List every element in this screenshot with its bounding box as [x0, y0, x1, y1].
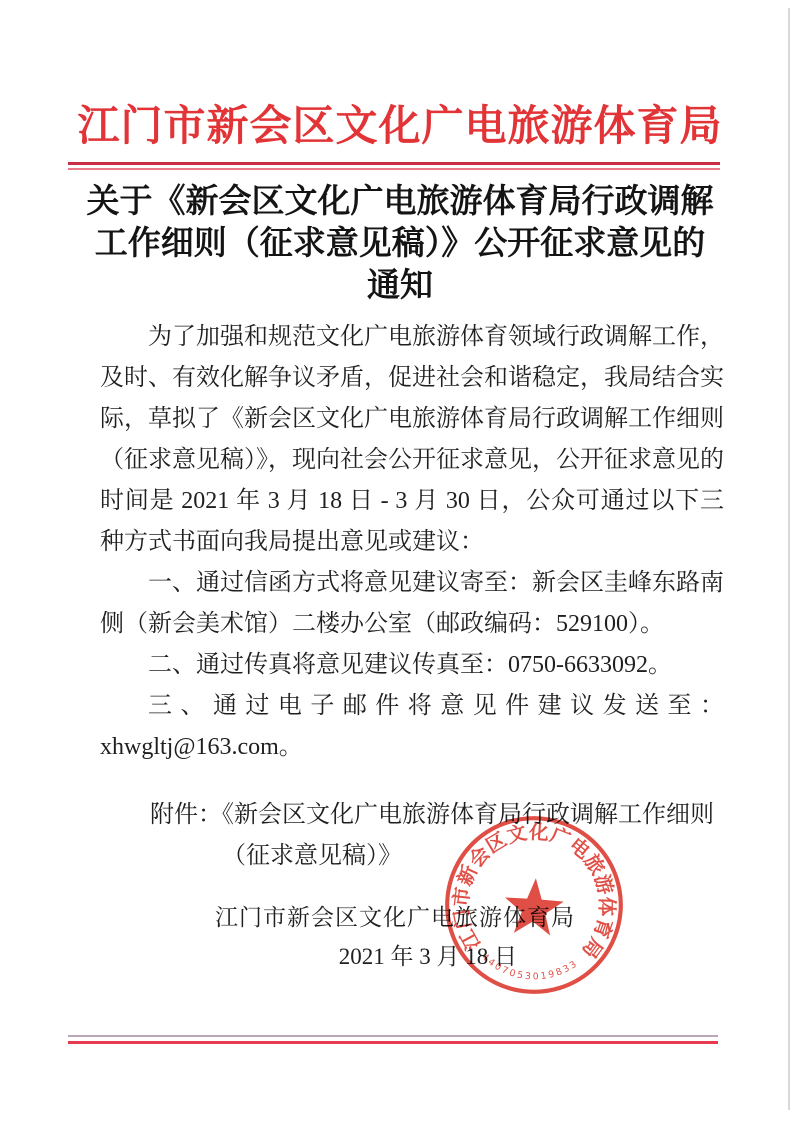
paragraph-intro: 为了加强和规范文化广电旅游体育领域行政调解工作，及时、有效化解争议矛盾，促进社会…	[100, 317, 724, 563]
paragraph-item-2: 二、通过传真将意见建议传真至：0750-6633092。	[100, 645, 724, 686]
notice-body: 为了加强和规范文化广电旅游体育领域行政调解工作，及时、有效化解争议矛盾，促进社会…	[100, 317, 724, 768]
notice-title-line-3: 通知	[0, 265, 800, 307]
document-page: 江门市新会区文化广电旅游体育局 关于《新会区文化广电旅游体育局行政调解 工作细则…	[0, 0, 800, 1131]
official-seal: 江门市新会区文化广电旅游体育局 4407053019833	[435, 806, 634, 1005]
footer-rule	[68, 1035, 718, 1044]
paragraph-item-3: 三、通过电子邮件将意见件建议发送至：xhwgltj@163.com。	[100, 686, 724, 768]
notice-title: 关于《新会区文化广电旅游体育局行政调解 工作细则（征求意见稿）》公开征求意见的 …	[0, 181, 800, 307]
attachment-line-2: （征求意见稿）》	[100, 836, 740, 877]
footer-rule-red-line	[68, 1041, 718, 1044]
attachment-note: 附件：《新会区文化广电旅游体育局行政调解工作细则 （征求意见稿）》	[100, 795, 740, 877]
notice-title-line-2: 工作细则（征求意见稿）》公开征求意见的	[0, 223, 800, 265]
attachment-line-1: 附件：《新会区文化广电旅游体育局行政调解工作细则	[100, 795, 740, 836]
header-rule	[68, 162, 720, 170]
header-org-name: 江门市新会区文化广电旅游体育局	[0, 103, 800, 151]
scan-edge-shadow	[788, 8, 790, 1110]
paragraph-item-1: 一、通过信函方式将意见建议寄至：新会区圭峰东路南侧（新会美术馆）二楼办公室（邮政…	[100, 563, 724, 645]
notice-title-line-1: 关于《新会区文化广电旅游体育局行政调解	[0, 181, 800, 223]
seal-star-icon	[503, 876, 566, 936]
header-rule-thin-line	[68, 168, 720, 170]
